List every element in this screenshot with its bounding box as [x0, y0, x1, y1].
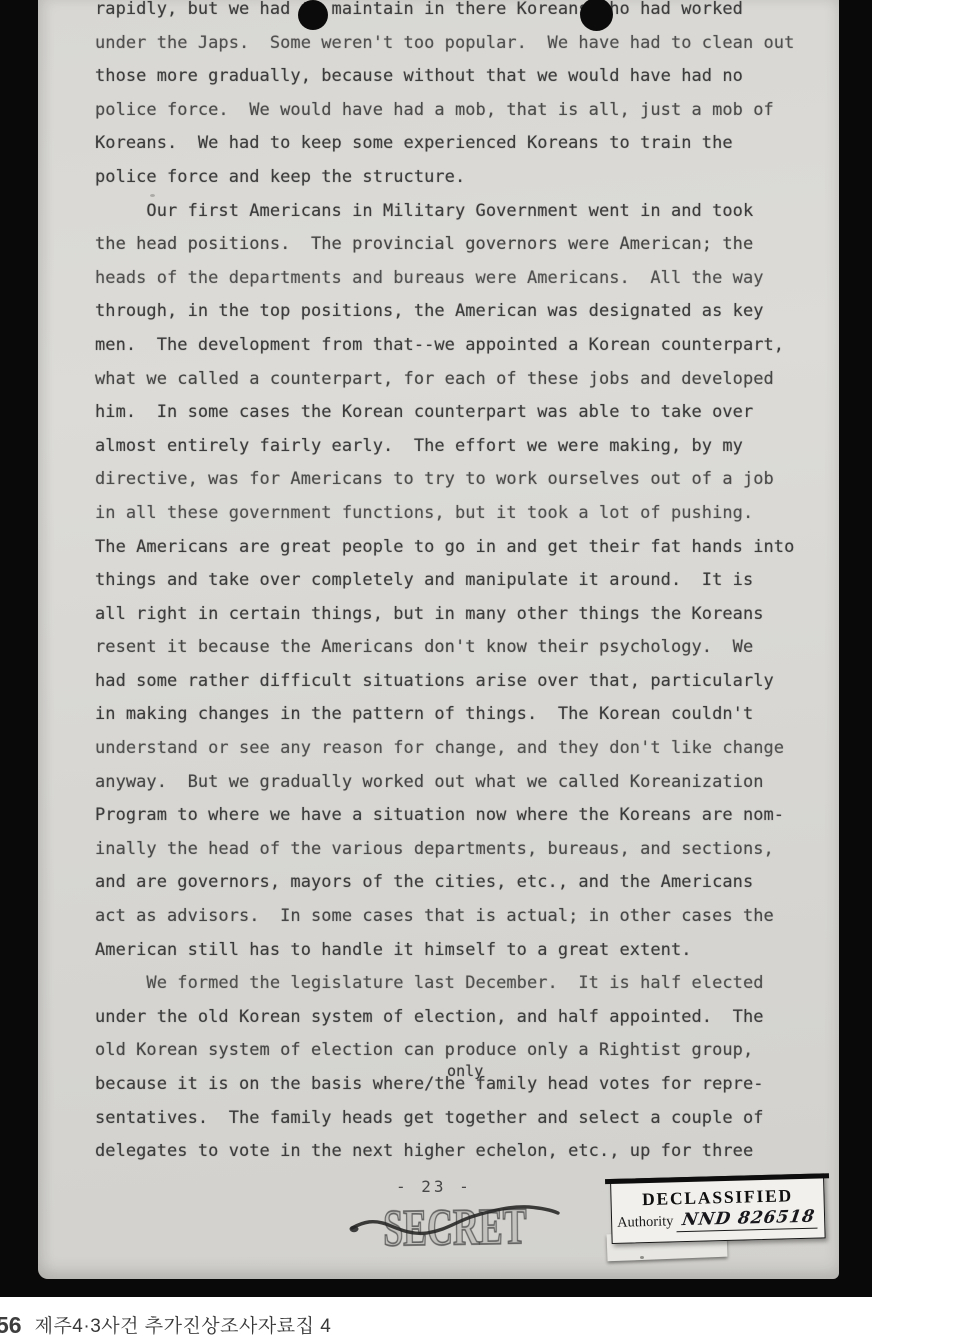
typescript-line: and are governors, mayors of the cities,…: [95, 866, 833, 900]
declassified-stamp-box: DECLASSIFIED AuthorityNND 826518: [610, 1173, 826, 1244]
book-page-number: 56: [0, 1313, 22, 1336]
typescript-line: had some rather difficult situations ari…: [95, 665, 833, 699]
book-page: only rapidly, but we had to maintain in …: [0, 0, 976, 1336]
typescript-line: all right in certain things, but in many…: [95, 598, 833, 632]
typescript-line: Program to where we have a situation now…: [95, 799, 833, 833]
typescript-line: sentatives. The family heads get togethe…: [95, 1102, 833, 1136]
typescript-line: the head positions. The provincial gover…: [95, 228, 833, 262]
book-footer-caption: 56 제주4·3사건 추가진상조사자료집 4: [0, 1313, 331, 1336]
typescript-line: police force. We would have had a mob, t…: [95, 94, 833, 128]
typescript-line: things and take over completely and mani…: [95, 564, 833, 598]
typescript-line: inally the head of the various departmen…: [95, 833, 833, 867]
book-title-caption: 제주4·3사건 추가진상조사자료집 4: [35, 1313, 332, 1336]
typescript-line: under the Japs. Some weren't too popular…: [95, 27, 833, 61]
typescript-line: American still has to handle it himself …: [95, 934, 833, 968]
typescript-line: under the old Korean system of election,…: [95, 1001, 833, 1035]
typescript-line: him. In some cases the Korean counterpar…: [95, 396, 833, 430]
typescript-line: resent it because the Americans don't kn…: [95, 631, 833, 665]
authority-label: Authority: [617, 1213, 674, 1230]
typescript-line: Koreans. We had to keep some experienced…: [95, 127, 833, 161]
typescript-line: anyway. But we gradually worked out what…: [95, 766, 833, 800]
page-number: - 23 -: [396, 1177, 472, 1196]
typescript-line: those more gradually, because without th…: [95, 60, 833, 94]
typescript-line: in all these government functions, but i…: [95, 497, 833, 531]
declassified-stamp: DECLASSIFIED AuthorityNND 826518: [610, 1179, 840, 1269]
paper-speck: [640, 1256, 644, 1259]
declassified-authority: AuthorityNND 826518: [612, 1206, 825, 1234]
typescript-line: directive, was for Americans to try to w…: [95, 463, 833, 497]
typescript-line: understand or see any reason for change,…: [95, 732, 833, 766]
typescript-line: in making changes in the pattern of thin…: [95, 698, 833, 732]
scanned-photocopy: only rapidly, but we had to maintain in …: [0, 0, 872, 1297]
typescript-line: act as advisors. In some cases that is a…: [95, 900, 833, 934]
declassified-stamp-topbar: [605, 1173, 829, 1183]
typescript-text: only rapidly, but we had to maintain in …: [95, 0, 833, 1169]
secret-stamp: SECRET: [383, 1197, 527, 1259]
typescript-line: The Americans are great people to go in …: [95, 531, 833, 565]
paper-speck: [150, 194, 155, 197]
typescript-line: police force and keep the structure.: [95, 161, 833, 195]
typescript-line: We formed the legislature last December.…: [95, 967, 833, 1001]
typescript-line: delegates to vote in the next higher ech…: [95, 1135, 833, 1169]
document-paper: only rapidly, but we had to maintain in …: [38, 0, 839, 1279]
typescript-line: heads of the departments and bureaus wer…: [95, 262, 833, 296]
typescript-line: Our first Americans in Military Governme…: [95, 195, 833, 229]
ink-blot-redaction: [298, 0, 328, 30]
typescript-line: through, in the top positions, the Ameri…: [95, 295, 833, 329]
typescript-line: almost entirely fairly early. The effort…: [95, 430, 833, 464]
authority-number-handwritten: NND 826518: [677, 1206, 821, 1232]
typescript-line: men. The development from that--we appoi…: [95, 329, 833, 363]
typescript-line: rapidly, but we had to maintain in there…: [95, 0, 833, 27]
typescript-line: what we called a counterpart, for each o…: [95, 363, 833, 397]
typescript-line: old Korean system of election can produc…: [95, 1034, 833, 1068]
